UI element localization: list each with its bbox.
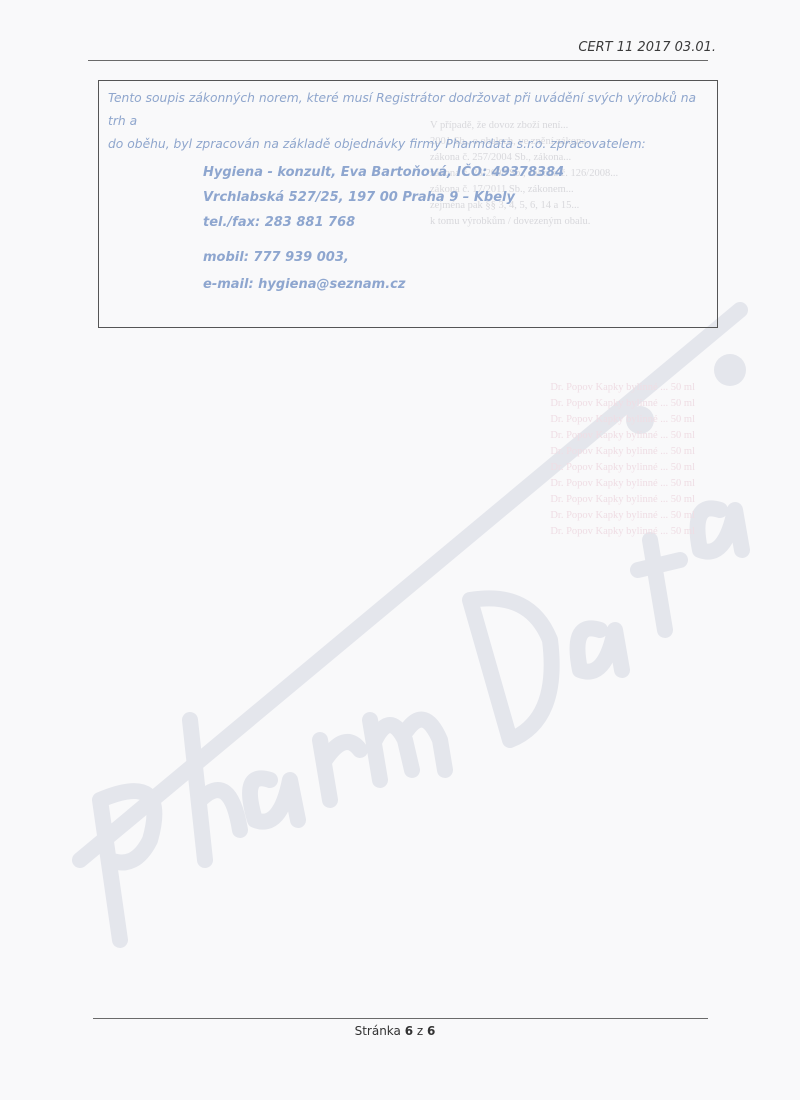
bleed-through-list: Dr. Popov Kapky bylinné ... 50 mlDr. Pop… (395, 380, 695, 540)
compiler-contact: Hygiena - konzult, Eva Bartoňová, IČO: 4… (203, 160, 709, 297)
compiler-phone-fax: tel./fax: 283 881 768 (203, 210, 709, 235)
footer-divider (93, 1018, 708, 1019)
page-total: 6 (427, 1024, 435, 1038)
notice-intro-line-1: Tento soupis zákonných norem, které musí… (108, 87, 709, 133)
compiler-company: Hygiena - konzult, Eva Bartoňová, IČO: 4… (203, 160, 709, 185)
document-page: CERT 11 2017 03.01. V případě, že dovoz … (0, 0, 800, 1100)
compiler-address: Vrchlabská 527/25, 197 00 Praha 9 – Kbel… (203, 185, 709, 210)
header-divider (88, 60, 708, 61)
notice-intro-line-2: do oběhu, byl zpracován na základě objed… (108, 133, 709, 156)
page-number: Stránka 6 z 6 (0, 1024, 800, 1038)
compiler-email[interactable]: e-mail: hygiena@seznam.cz (203, 272, 709, 297)
page-current: 6 (405, 1024, 413, 1038)
page-label: Stránka (355, 1024, 401, 1038)
notice-intro: Tento soupis zákonných norem, které musí… (108, 87, 709, 156)
page-separator: z (417, 1024, 423, 1038)
document-reference: CERT 11 2017 03.01. (578, 40, 716, 55)
compiler-mobile: mobil: 777 939 003, (203, 245, 709, 270)
compiler-notice-box: Tento soupis zákonných norem, které musí… (98, 80, 718, 328)
